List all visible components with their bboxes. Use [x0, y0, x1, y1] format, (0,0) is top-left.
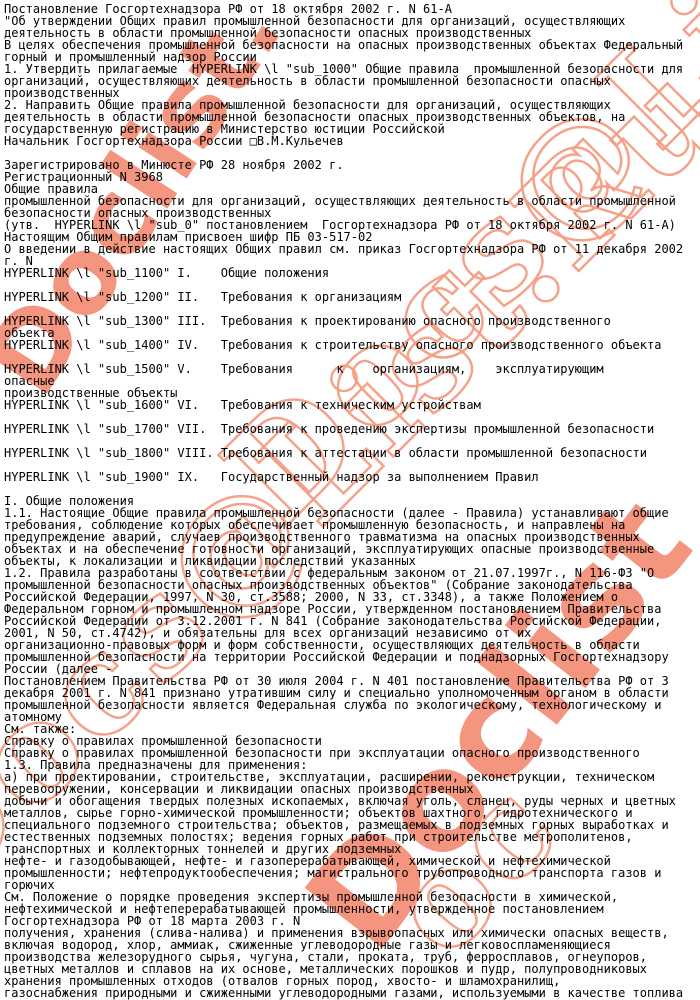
document-page: Doclist. Docs@List.Ru Docs@List.Ru oc Do…	[0, 0, 700, 1000]
document-text: Постановление Госгортехнадзора РФ от 18 …	[0, 0, 700, 999]
